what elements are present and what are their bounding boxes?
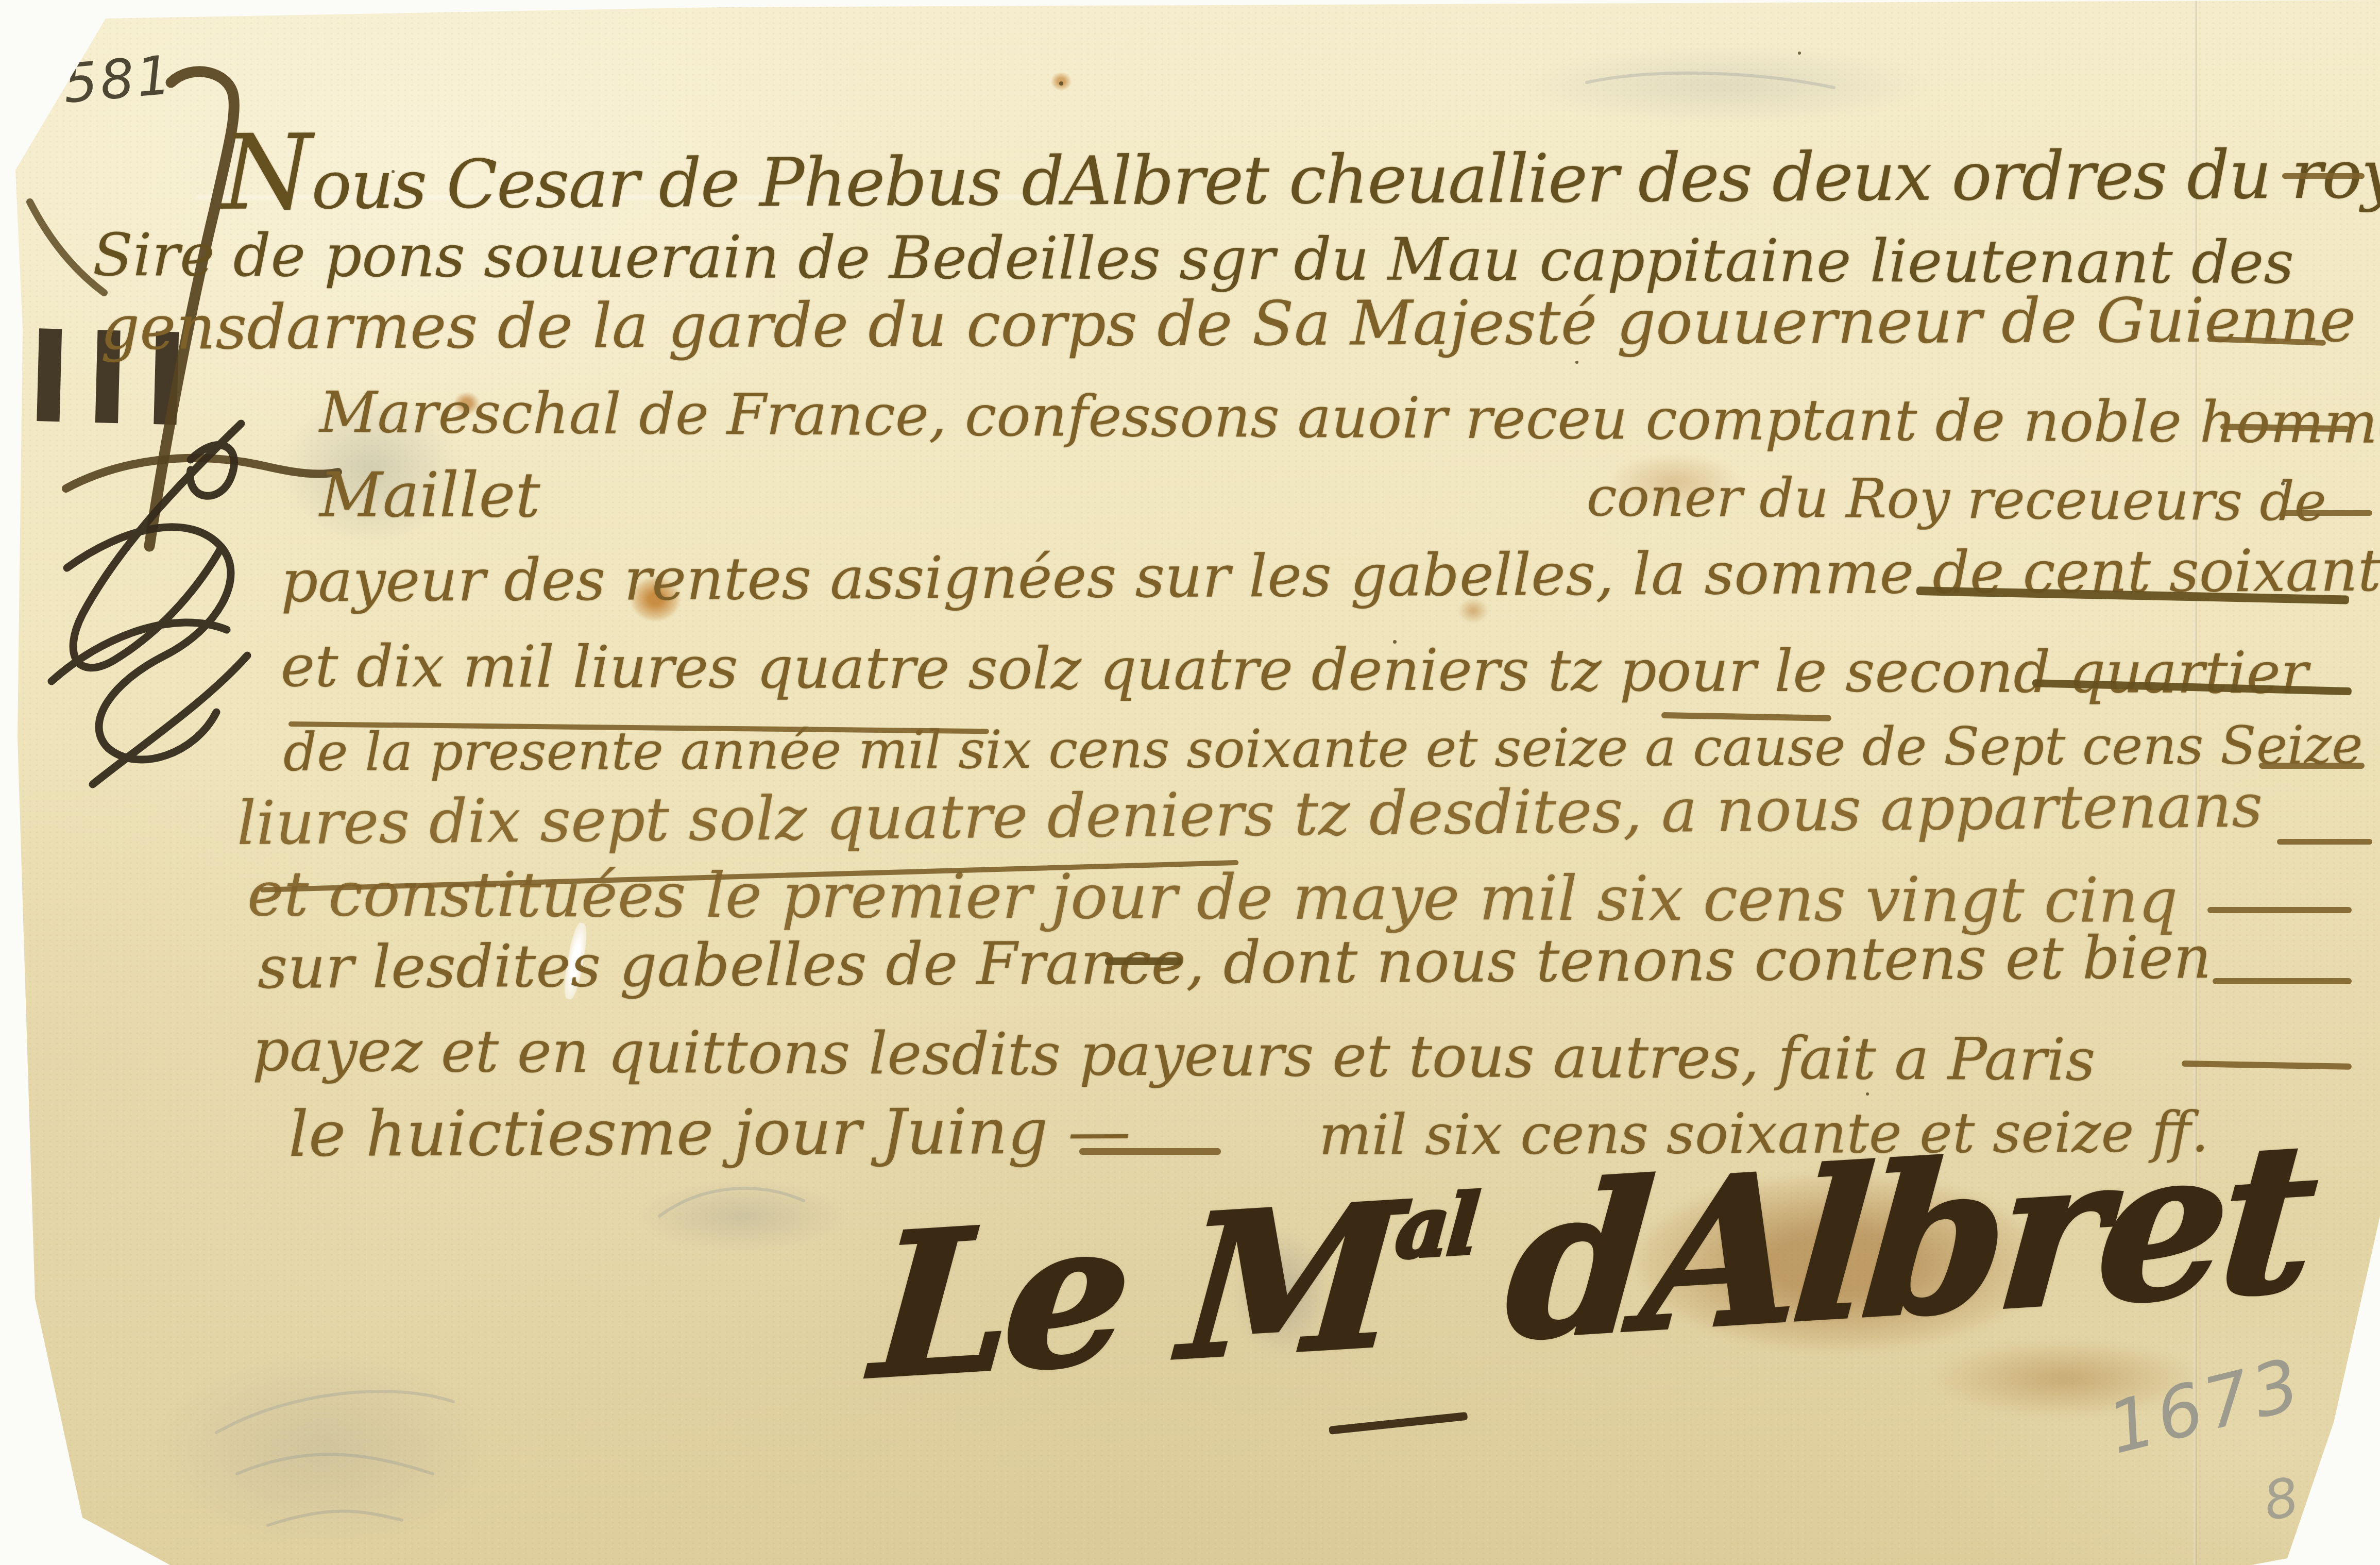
manuscript-line: coner du Roy receueurs de [1587,465,2327,533]
ink-dash [2282,173,2365,179]
signature-name: dAlbret [1500,1097,2317,1386]
ink-dash [2259,763,2365,769]
ink-dash [1079,1148,1221,1155]
manuscript-line: Mareschal de France, confessons auoir re… [319,379,2380,456]
signature-superscript: al [1392,1175,1481,1277]
manuscript-line: Sire de pons souuerain de Bedeilles sgr … [93,221,2294,297]
manuscript-line: Maillet [319,460,540,531]
manuscript-line: Nous Cesar de Phebus dAlbret cheuallier … [221,101,2380,233]
signature-prefix: Le M [866,1159,1402,1423]
ink-dash [2277,839,2372,845]
ink-dash [2282,510,2372,516]
ink-dash [2207,907,2352,913]
parchment-sheet: 1581 III [0,0,2380,1565]
archival-year-note: 1581 [24,43,176,119]
manuscript-line: payeur des rentes assignées sur les gabe… [281,536,2380,615]
ink-dash [2213,978,2352,984]
manuscript-line: payez et en quittons lesdits payeurs et … [252,1016,2096,1094]
manuscript-line: sur lesdites gabelles de France, dont no… [258,923,2212,1002]
ink-dash [1105,957,1182,965]
manuscript-line: le huictiesme jour Juing — [288,1095,1131,1171]
manuscript-line: et dix mil liures quatre solz quatre den… [281,633,2308,707]
manuscript-line: gensdarmes de la garde du corps de Sa Ma… [100,285,2356,364]
scanned-parchment-document: 1581 III [0,0,2380,1565]
